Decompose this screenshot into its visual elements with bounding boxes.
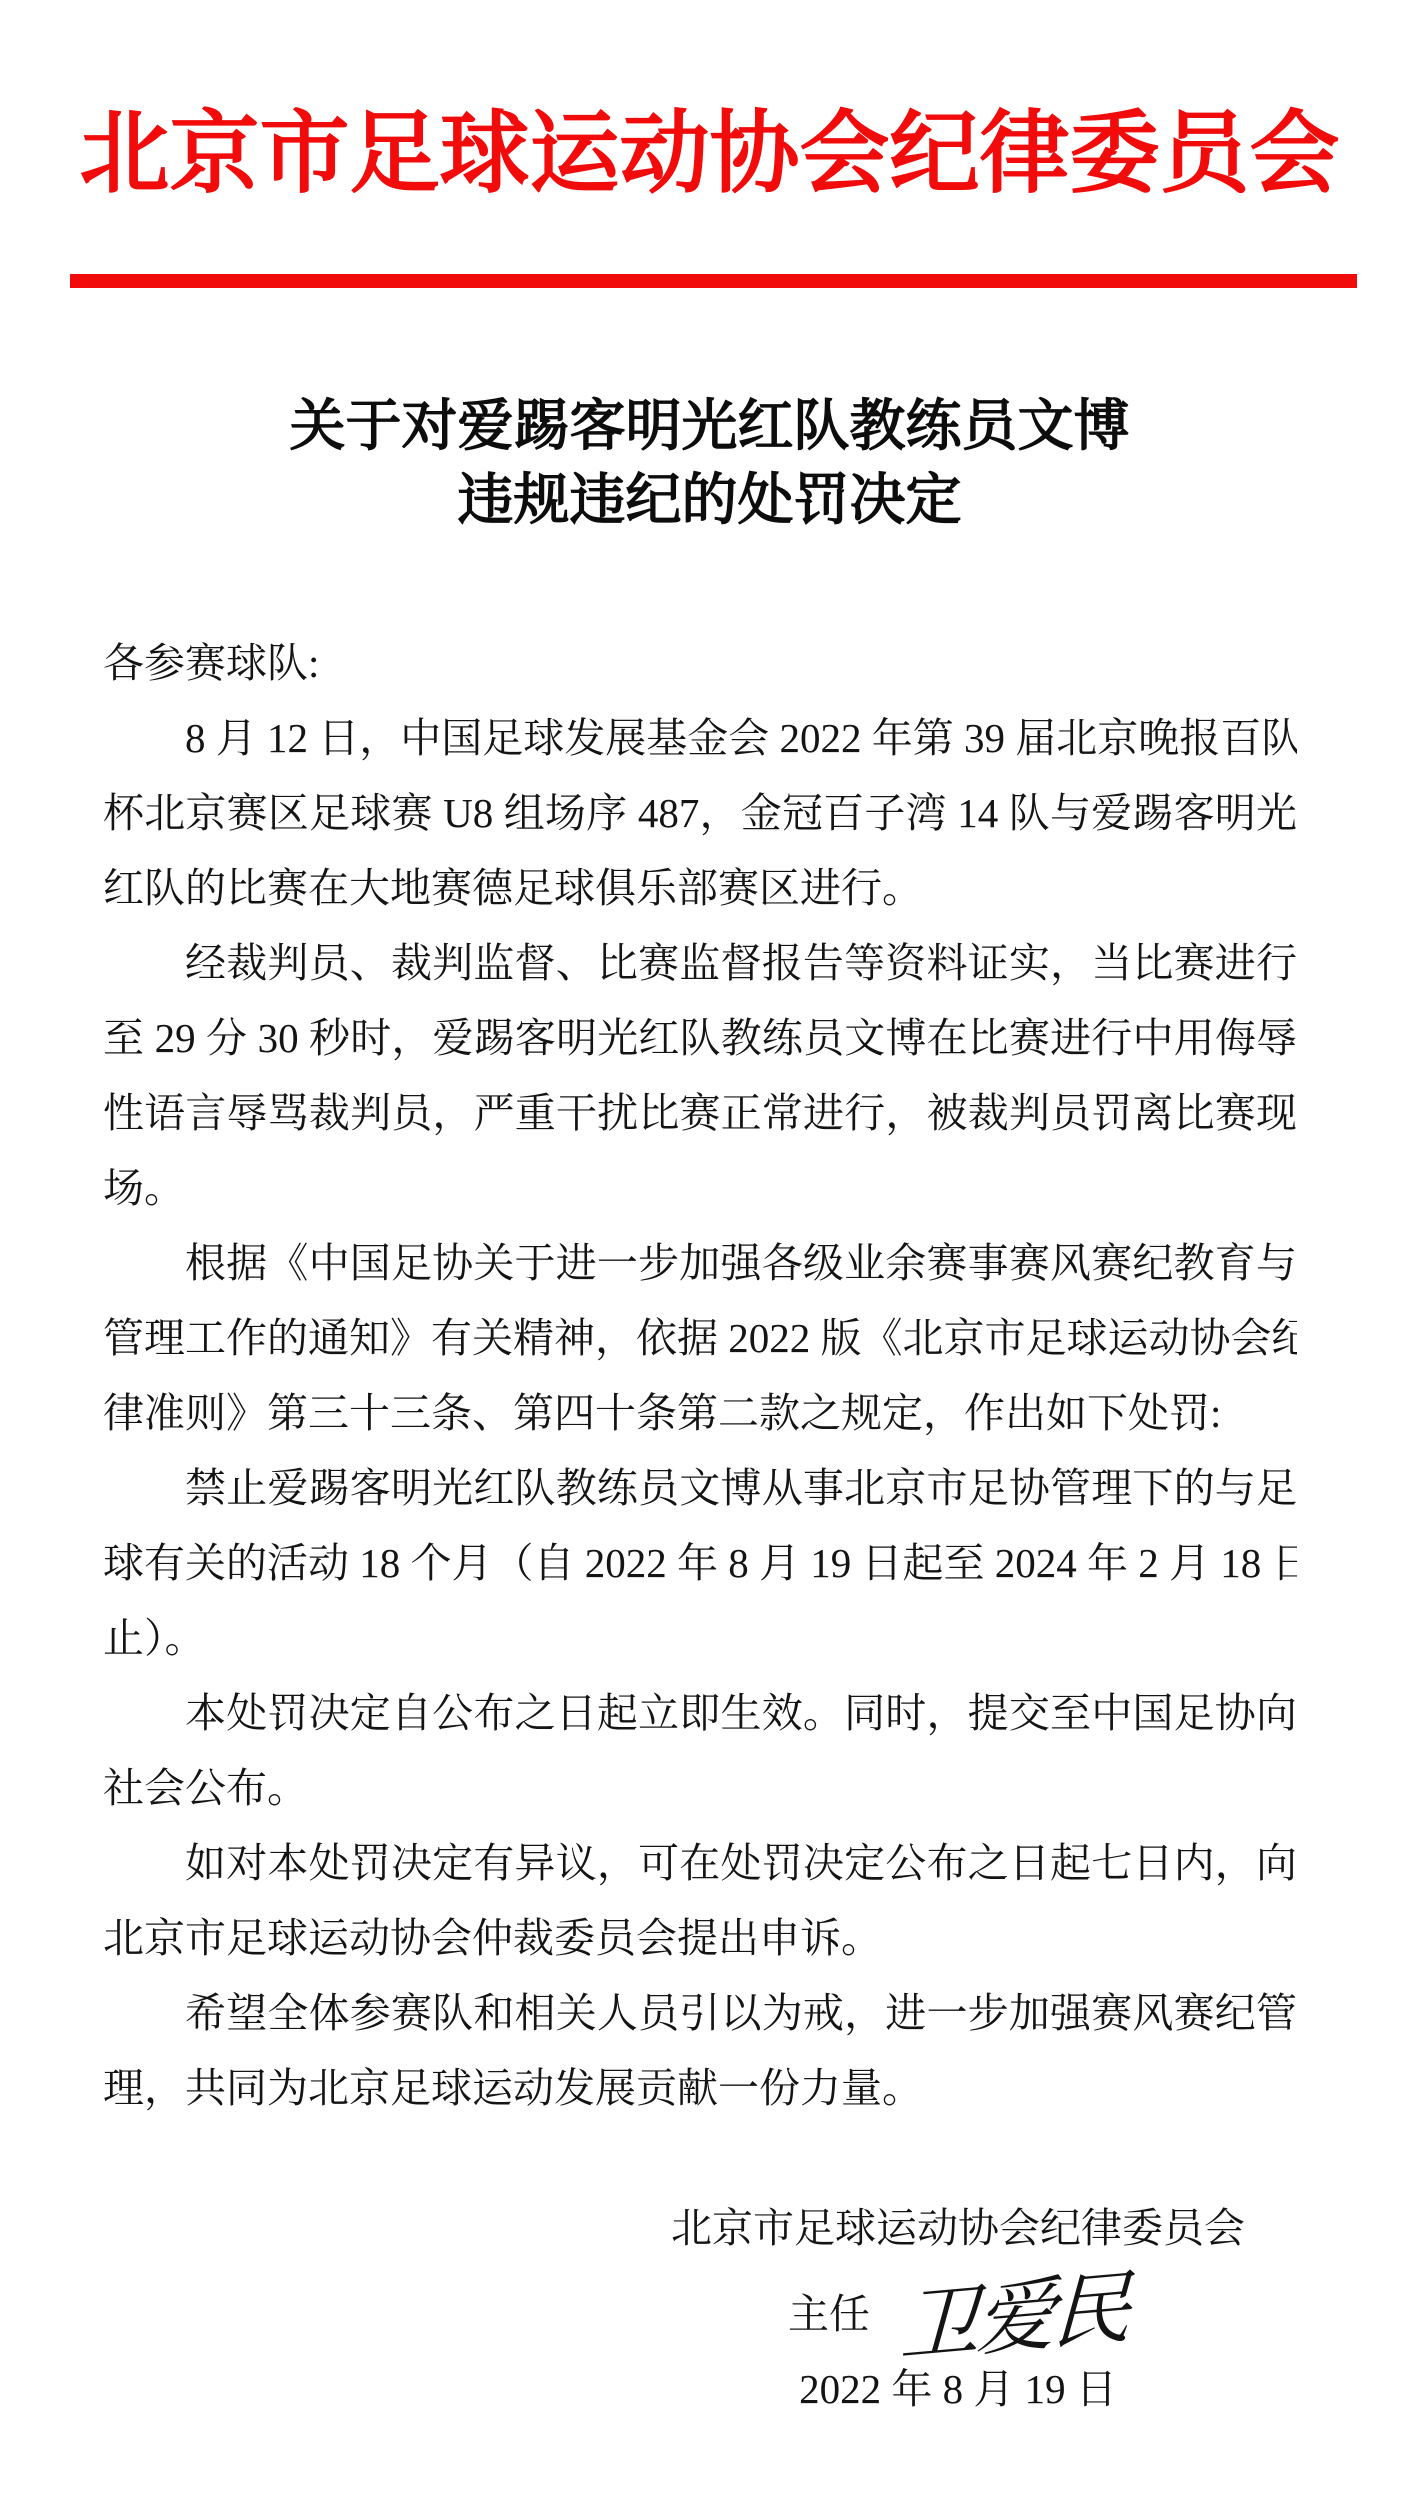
body-line: 如对本处罚决定有异议，可在处罚决定公布之日起七日内，向 xyxy=(103,1826,1297,1901)
document-page: { "page": { "background": "#ffffff", "ac… xyxy=(0,0,1419,2513)
signature-block: 北京市足球运动协会纪律委员会 主任 卫爱民 2022 年 8 月 19 日 xyxy=(616,2192,1300,2422)
salutation: 各参赛球队: xyxy=(103,626,1297,701)
paragraph: 本处罚决定自公布之日起立即生效。同时，提交至中国足协向社会公布。 xyxy=(103,1676,1297,1826)
letterhead-org-title: 北京市足球运动协会纪律委员会 xyxy=(0,95,1419,215)
document-title-line-1: 关于对爱踢客明光红队教练员文博 xyxy=(0,390,1419,464)
body-line: 社会公布。 xyxy=(103,1751,1297,1826)
body-line: 禁止爱踢客明光红队教练员文博从事北京市足协管理下的与足 xyxy=(103,1451,1297,1526)
body-line: 至 29 分 30 秒时，爱踢客明光红队教练员文博在比赛进行中用侮辱 xyxy=(103,1001,1297,1076)
body-line: 性语言辱骂裁判员，严重干扰比赛正常进行，被裁判员罚离比赛现 xyxy=(103,1076,1297,1151)
document-title-line-2: 违规违纪的处罚决定 xyxy=(0,464,1419,538)
paragraph: 禁止爱踢客明光红队教练员文博从事北京市足协管理下的与足球有关的活动 18 个月（… xyxy=(103,1451,1297,1676)
paragraph: 经裁判员、裁判监督、比赛监督报告等资料证实，当比赛进行至 29 分 30 秒时，… xyxy=(103,926,1297,1226)
body-line: 止）。 xyxy=(103,1601,1297,1676)
signature-row: 主任 卫爱民 xyxy=(616,2264,1300,2356)
paragraph: 如对本处罚决定有异议，可在处罚决定公布之日起七日内，向北京市足球运动协会仲裁委员… xyxy=(103,1826,1297,1976)
paragraph: 根据《中国足协关于进一步加强各级业余赛事赛风赛纪教育与管理工作的通知》有关精神，… xyxy=(103,1226,1297,1451)
body-line: 律准则》第三十三条、第四十条第二款之规定，作出如下处罚: xyxy=(103,1376,1297,1451)
body-line: 北京市足球运动协会仲裁委员会提出申诉。 xyxy=(103,1901,1297,1976)
paragraph: 8 月 12 日，中国足球发展基金会 2022 年第 39 届北京晚报百队杯北京… xyxy=(103,701,1297,926)
document-body: 各参赛球队: 8 月 12 日，中国足球发展基金会 2022 年第 39 届北京… xyxy=(103,626,1297,2126)
body-line: 管理工作的通知》有关精神，依据 2022 版《北京市足球运动协会纪 xyxy=(103,1301,1297,1376)
handwritten-signature: 卫爱民 xyxy=(898,2242,1129,2378)
body-line: 经裁判员、裁判监督、比赛监督报告等资料证实，当比赛进行 xyxy=(103,926,1297,1001)
signature-org-name: 北京市足球运动协会纪律委员会 xyxy=(616,2192,1300,2264)
letterhead-divider-rule xyxy=(70,274,1357,288)
body-line: 红队的比赛在大地赛德足球俱乐部赛区进行。 xyxy=(103,851,1297,926)
body-line: 理，共同为北京足球运动发展贡献一份力量。 xyxy=(103,2051,1297,2126)
body-line: 球有关的活动 18 个月（自 2022 年 8 月 19 日起至 2024 年 … xyxy=(103,1526,1297,1601)
body-line: 根据《中国足协关于进一步加强各级业余赛事赛风赛纪教育与 xyxy=(103,1226,1297,1301)
document-title: 关于对爱踢客明光红队教练员文博 违规违纪的处罚决定 xyxy=(0,390,1419,538)
body-line: 场。 xyxy=(103,1151,1297,1226)
body-line: 本处罚决定自公布之日起立即生效。同时，提交至中国足协向 xyxy=(103,1676,1297,1751)
signature-role-label: 主任 xyxy=(788,2281,870,2340)
body-line: 希望全体参赛队和相关人员引以为戒，进一步加强赛风赛纪管 xyxy=(103,1976,1297,2051)
body-line: 8 月 12 日，中国足球发展基金会 2022 年第 39 届北京晚报百队 xyxy=(103,701,1297,776)
paragraph: 希望全体参赛队和相关人员引以为戒，进一步加强赛风赛纪管理，共同为北京足球运动发展… xyxy=(103,1976,1297,2126)
paragraphs-container: 8 月 12 日，中国足球发展基金会 2022 年第 39 届北京晚报百队杯北京… xyxy=(103,701,1297,2126)
body-line: 杯北京赛区足球赛 U8 组场序 487，金冠百子湾 14 队与爱踢客明光 xyxy=(103,776,1297,851)
